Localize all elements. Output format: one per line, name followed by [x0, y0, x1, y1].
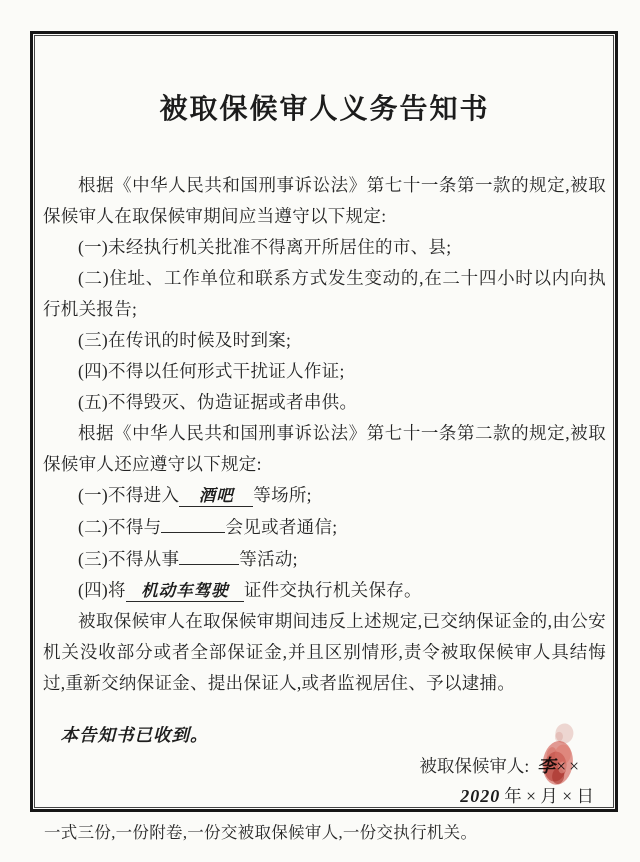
section2-item-2-prefix: (二)不得与 [78, 517, 161, 537]
document-body: 根据《中华人民共和国刑事诉讼法》第七十一条第一款的规定,被取保候审人在取保候审期… [43, 170, 606, 699]
section1-item-1: (一)未经执行机关批准不得离开所居住的市、县; [43, 232, 606, 263]
section1-intro: 根据《中华人民共和国刑事诉讼法》第七十一条第一款的规定,被取保候审人在取保候审期… [43, 170, 606, 232]
section2-item-2: (二)不得与会见或者通信; [43, 511, 606, 543]
date-year-handwritten: 2020 [460, 786, 500, 806]
section2-item-4-suffix: 证件交执行机关保存。 [244, 580, 422, 600]
document-inner-border: 被取保候审人义务告知书 根据《中华人民共和国刑事诉讼法》第七十一条第一款的规定,… [34, 35, 614, 808]
section2-item-1: (一)不得进入酒吧等场所; [43, 480, 606, 511]
section2-item-3-prefix: (三)不得从事 [78, 549, 179, 569]
fill-blank-venue: 酒吧 [179, 485, 253, 507]
section2-item-4-prefix: (四)将 [78, 580, 126, 600]
section1-item-5: (五)不得毁灭、伪造证据或者串供。 [43, 387, 606, 418]
section2-item-3: (三)不得从事等活动; [43, 543, 606, 575]
section2-item-3-suffix: 等活动; [239, 549, 298, 569]
section2-item-1-suffix: 等场所; [253, 485, 312, 505]
distribution-note: 一式三份,一份附卷,一份交被取保候审人,一份交执行机关。 [44, 821, 619, 845]
fill-blank-certificate: 机动车驾驶 [126, 580, 244, 602]
section2-intro: 根据《中华人民共和国刑事诉讼法》第七十一条第二款的规定,被取保候审人还应遵守以下… [43, 418, 606, 480]
section2-item-4: (四)将机动车驾驶证件交执行机关保存。 [43, 575, 606, 606]
penalty-paragraph: 被取保候审人在取保候审期间违反上述规定,已交纳保证金的,由公安机关没收部分或者全… [43, 606, 606, 699]
fill-blank-meeting [161, 511, 225, 533]
signature-name-placeholder: ×× [556, 756, 582, 776]
section1-item-4: (四)不得以任何形式干扰证人作证; [43, 356, 606, 387]
fill-blank-activity [179, 543, 239, 565]
date-line: 2020年 × 月 × 日 [43, 782, 606, 810]
date-rest: 年 × 月 × 日 [504, 786, 594, 806]
section2-item-2-suffix: 会见或者通信; [225, 517, 337, 537]
section1-item-3: (三)在传讯的时候及时到案; [43, 325, 606, 356]
document-content: 被取保候审人义务告知书 根据《中华人民共和国刑事诉讼法》第七十一条第一款的规定,… [35, 36, 613, 807]
document-border: 被取保候审人义务告知书 根据《中华人民共和国刑事诉讼法》第七十一条第一款的规定,… [30, 31, 618, 812]
signature-label: 被取保候审人: [419, 756, 529, 776]
signature-line: 被取保候审人:李×× [43, 752, 606, 780]
acknowledgement-note: 本告知书已收到。 [43, 721, 606, 749]
section2-item-1-prefix: (一)不得进入 [78, 485, 179, 505]
signature-name-handwritten: 李 [537, 756, 556, 776]
section1-item-2: (二)住址、工作单位和联系方式发生变动的,在二十四小时以内向执行机关报告; [43, 263, 606, 325]
document-title: 被取保候审人义务告知书 [43, 93, 606, 127]
